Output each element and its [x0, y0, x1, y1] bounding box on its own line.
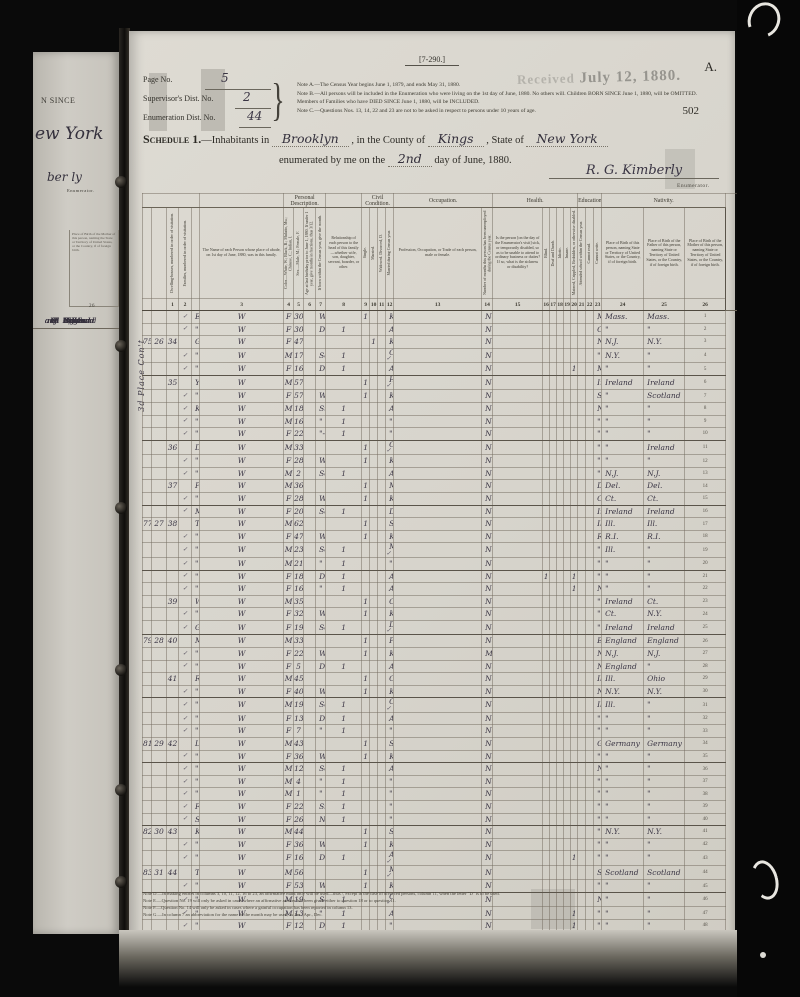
age: 22	[294, 647, 304, 660]
person-name: York Joseph	[192, 375, 200, 390]
family-number: 38	[167, 518, 179, 531]
row-number: 10	[685, 428, 726, 441]
col-color-text: Color.—White, W.; Black, B.; Mulatto, Mu…	[284, 210, 293, 296]
birth-month	[304, 415, 316, 428]
married	[362, 348, 370, 363]
idiotic	[550, 543, 557, 558]
insane	[557, 826, 564, 839]
married: 1	[362, 375, 370, 390]
person-name: " Annie	[192, 493, 200, 506]
widowed	[370, 851, 378, 866]
married	[362, 402, 370, 415]
idiotic	[550, 647, 557, 660]
deaf	[543, 390, 550, 403]
married	[362, 788, 370, 801]
sex: M	[284, 775, 294, 788]
header-notes: Note A.—The Census Year begins June 1, 1…	[297, 81, 717, 116]
single	[326, 530, 362, 543]
insane	[557, 348, 564, 363]
house-number	[143, 402, 152, 415]
relationship: "	[316, 725, 326, 738]
sickness: No	[482, 775, 493, 788]
dwelling-number	[152, 775, 167, 788]
age: 2	[294, 467, 304, 480]
birthplace: Ireland	[594, 375, 602, 390]
mother-birthplace: "	[644, 348, 685, 363]
row-number: 30	[685, 685, 726, 698]
attended-school	[571, 595, 578, 608]
idiotic	[550, 530, 557, 543]
age: 18	[294, 402, 304, 415]
father-birthplace: "	[602, 801, 644, 814]
group-blank-name	[200, 194, 284, 208]
margin-birthplace-value: Ct.	[63, 316, 115, 325]
cannot-read	[578, 738, 586, 751]
maimed	[564, 323, 571, 336]
col-sex: Sex.—Male, M.; Female, F.	[294, 208, 304, 299]
dwelling-number: 31	[152, 865, 167, 880]
person-name: McFadden Kate	[192, 505, 200, 518]
table-row: ✓" Anna J.WF36Wife1Keeping houseNo"""42	[143, 838, 738, 851]
table-row: ✓" John A.WM19Son1Custom House off.✓NoIl…	[143, 698, 738, 713]
idiotic	[550, 402, 557, 415]
family-number	[167, 557, 179, 570]
father-birthplace: "	[602, 363, 644, 376]
note-f: Note F.—Question No. 14 will only be ask…	[143, 905, 718, 912]
row-number: 6	[685, 375, 726, 390]
months-unemployed	[394, 570, 482, 583]
check-mark: ✓	[179, 851, 192, 866]
father-birthplace: "	[602, 557, 644, 570]
col-pob-father-text: Place of Birth of the Father of this per…	[644, 238, 684, 269]
birthplace: "	[594, 595, 602, 608]
blind	[493, 557, 543, 570]
deaf	[543, 838, 550, 851]
idiotic	[550, 838, 557, 851]
col-maimed-text: Maimed, Crippled, Bedridden, or otherwis…	[572, 210, 577, 295]
deaf	[543, 725, 550, 738]
row-number: 26	[685, 635, 726, 648]
widowed	[370, 673, 378, 686]
cannot-write	[586, 363, 594, 376]
row-number: 4	[685, 348, 726, 363]
single	[326, 311, 362, 324]
cannot-read	[578, 336, 586, 349]
cannot-write	[586, 750, 594, 763]
idiotic	[550, 826, 557, 839]
idiotic	[550, 557, 557, 570]
person-name: " Mary E.	[192, 750, 200, 763]
house-number	[143, 620, 152, 635]
row-number: 35	[685, 750, 726, 763]
occupation: Domestic Servt	[386, 505, 394, 518]
idiotic	[550, 763, 557, 776]
family-number	[167, 712, 179, 725]
widowed	[370, 813, 378, 826]
relationship: Wife	[316, 311, 326, 324]
birthplace: N.J.	[594, 647, 602, 660]
num-blank	[152, 299, 167, 311]
idiotic	[550, 750, 557, 763]
dwelling-number	[152, 698, 167, 713]
relationship: "	[316, 788, 326, 801]
married-year	[378, 440, 386, 455]
person-name: " Charlotte E.	[192, 712, 200, 725]
birthplace: "	[594, 557, 602, 570]
cannot-read	[578, 557, 586, 570]
row-number: 8	[685, 402, 726, 415]
insane	[557, 505, 564, 518]
row-number: 5	[685, 363, 726, 376]
cannot-write	[586, 518, 594, 531]
widowed	[370, 775, 378, 788]
idiotic	[550, 440, 557, 455]
father-birthplace: "	[602, 455, 644, 468]
widowed	[370, 698, 378, 713]
single: 1	[326, 428, 362, 441]
widowed	[370, 311, 378, 324]
mother-birthplace: Ct.	[644, 493, 685, 506]
maimed	[564, 712, 571, 725]
house-number	[143, 428, 152, 441]
birthplace: "	[594, 725, 602, 738]
occupation: At home	[386, 323, 394, 336]
birth-month	[304, 698, 316, 713]
blind	[493, 428, 543, 441]
occupation: "	[386, 725, 394, 738]
person-name: " Alberta	[192, 660, 200, 673]
house-number	[143, 775, 152, 788]
color: W	[200, 505, 284, 518]
cannot-write	[586, 838, 594, 851]
dwelling-number	[152, 311, 167, 324]
col-age-text: Age at last birthday prior to June 1, 18…	[305, 210, 314, 296]
occupation: Keeping house	[386, 455, 394, 468]
col-num: 4	[284, 299, 294, 311]
mother-birthplace: "	[644, 801, 685, 814]
age: 16	[294, 851, 304, 866]
sickness: No	[482, 725, 493, 738]
age: 40	[294, 685, 304, 698]
insane	[557, 323, 564, 336]
note-e: Note E.—Question No. 19 will only be ask…	[143, 898, 718, 905]
father-birthplace: England	[602, 660, 644, 673]
col-deaf: Deaf and Dumb.	[550, 208, 557, 299]
blind	[493, 813, 543, 826]
sickness: No	[482, 415, 493, 428]
blind	[493, 712, 543, 725]
person-name: " Harry L.	[192, 788, 200, 801]
cannot-write	[586, 685, 594, 698]
insane	[557, 467, 564, 480]
widowed	[370, 467, 378, 480]
married-year	[378, 763, 386, 776]
house-number	[143, 390, 152, 403]
family-number	[167, 505, 179, 518]
col-married-text: Married.	[371, 246, 376, 260]
sex: M	[284, 480, 294, 493]
birth-month	[304, 505, 316, 518]
occupation-check: ✓	[386, 628, 393, 634]
color: W	[200, 826, 284, 839]
cannot-read	[578, 660, 586, 673]
relationship: Son	[316, 543, 326, 558]
mother-birthplace: "	[644, 788, 685, 801]
color: W	[200, 685, 284, 698]
dwelling-number	[152, 788, 167, 801]
attended-school	[571, 620, 578, 635]
occupation: Clk in Store✓	[386, 348, 394, 363]
cannot-read	[578, 455, 586, 468]
mother-birthplace: "	[644, 813, 685, 826]
father-birthplace: "	[602, 775, 644, 788]
months-unemployed	[394, 620, 482, 635]
check-mark	[179, 673, 192, 686]
birthplace: "	[594, 801, 602, 814]
cannot-write	[586, 725, 594, 738]
person-name: Luckenbach Louis	[192, 738, 200, 751]
married-year	[378, 570, 386, 583]
maimed	[564, 428, 571, 441]
attended-school	[571, 750, 578, 763]
color: W	[200, 530, 284, 543]
occupation: Keeping house	[386, 685, 394, 698]
relationship: Wife	[316, 838, 326, 851]
idiotic	[550, 415, 557, 428]
col-num: 7	[316, 299, 326, 311]
birth-month	[304, 763, 316, 776]
birth-month	[304, 390, 316, 403]
cannot-write	[586, 763, 594, 776]
family-number	[167, 311, 179, 324]
idiotic	[550, 390, 557, 403]
check-mark	[179, 865, 192, 880]
months-unemployed	[394, 336, 482, 349]
sex: M	[284, 543, 294, 558]
person-name: Munkenbeck Thos.	[192, 635, 200, 648]
mother-birthplace: "	[644, 402, 685, 415]
widowed	[370, 738, 378, 751]
cannot-read	[578, 348, 586, 363]
person-name: Thompson John	[192, 518, 200, 531]
dwelling-number	[152, 801, 167, 814]
col-age: Age at last birthday prior to June 1, 18…	[304, 208, 316, 299]
enumeration-value: 44	[247, 109, 262, 123]
color: W	[200, 750, 284, 763]
person-name: " Jane	[192, 851, 200, 866]
single	[326, 635, 362, 648]
cannot-read	[578, 595, 586, 608]
table-row: 772738Thompson JohnWM621Supt of minesNoI…	[143, 518, 738, 531]
col-occupation: Profession, Occupation, or Trade of each…	[394, 208, 482, 299]
birthplace: Ill.	[594, 698, 602, 713]
insane	[557, 428, 564, 441]
single: 1	[326, 570, 362, 583]
check-mark	[179, 635, 192, 648]
stamp-page-number: 502	[683, 105, 700, 117]
age: 16	[294, 415, 304, 428]
cannot-read	[578, 311, 586, 324]
check-mark: ✓	[179, 390, 192, 403]
cannot-write	[586, 826, 594, 839]
row-number: 20	[685, 557, 726, 570]
group-civil: Civil Condition.	[362, 194, 394, 208]
insane	[557, 608, 564, 621]
check-mark	[179, 738, 192, 751]
occupation: At home	[386, 583, 394, 596]
occupation: Keeping house	[386, 336, 394, 349]
check-mark: ✓	[179, 712, 192, 725]
blind	[493, 865, 543, 880]
color: W	[200, 738, 284, 751]
sex: F	[284, 323, 294, 336]
deaf	[543, 375, 550, 390]
group-health: Health.	[493, 194, 578, 208]
county-label: , in the County of	[351, 135, 425, 146]
sex: F	[284, 647, 294, 660]
birth-month	[304, 455, 316, 468]
sickness: No	[482, 390, 493, 403]
married-year	[378, 673, 386, 686]
birthplace: "	[594, 620, 602, 635]
col-idiotic-text: Idiotic.	[558, 247, 563, 258]
maimed	[564, 608, 571, 621]
married-year	[378, 851, 386, 866]
sickness: No	[482, 543, 493, 558]
birthplace: "	[594, 467, 602, 480]
sex: F	[284, 725, 294, 738]
house-number	[143, 685, 152, 698]
mother-birthplace: N.J.	[644, 467, 685, 480]
months-unemployed	[394, 851, 482, 866]
father-birthplace: Ill.	[602, 518, 644, 531]
col-insane-text: Insane.	[565, 247, 570, 258]
col-blind-text: Blind.	[544, 248, 549, 258]
family-number: 44	[167, 865, 179, 880]
married-year	[378, 595, 386, 608]
house-number	[143, 698, 152, 713]
months-unemployed	[394, 440, 482, 455]
color: W	[200, 838, 284, 851]
census-rows: ✓Ely Emma S.WF30Wife1Keeping houseNoMass…	[143, 311, 738, 958]
age: 56	[294, 865, 304, 880]
check-mark: ✓	[179, 763, 192, 776]
age: 43	[294, 738, 304, 751]
attended-school	[571, 775, 578, 788]
check-mark: ✓	[179, 685, 192, 698]
deaf	[543, 595, 550, 608]
table-row: ✓" Edgar F.WM12Son1At homeNoN.Y.""36	[143, 763, 738, 776]
attended-school	[571, 838, 578, 851]
months-unemployed	[394, 647, 482, 660]
enumerated-line: enumerated by me on the 2nd day of June,…	[279, 151, 512, 166]
widowed	[370, 595, 378, 608]
maimed	[564, 336, 571, 349]
months-unemployed	[394, 775, 482, 788]
married: 1	[362, 673, 370, 686]
sickness: No	[482, 620, 493, 635]
father-birthplace: "	[602, 440, 644, 455]
father-birthplace: "	[602, 415, 644, 428]
color: W	[200, 415, 284, 428]
idiotic	[550, 635, 557, 648]
months-unemployed	[394, 865, 482, 880]
state-label: , State of	[486, 135, 524, 146]
col-idiotic: Idiotic.	[557, 208, 564, 299]
maimed	[564, 660, 571, 673]
insane	[557, 838, 564, 851]
cannot-write	[586, 595, 594, 608]
age: 13	[294, 712, 304, 725]
sickness: No	[482, 505, 493, 518]
blind	[493, 415, 543, 428]
blind	[493, 763, 543, 776]
table-row: 35York JosephWM571House builder✓NoIrelan…	[143, 375, 738, 390]
cannot-write	[586, 390, 594, 403]
single: 1	[326, 763, 362, 776]
widowed	[370, 763, 378, 776]
single	[326, 390, 362, 403]
cannot-write	[586, 336, 594, 349]
mother-birthplace: "	[644, 725, 685, 738]
county-value: Kings	[428, 131, 484, 147]
maimed	[564, 348, 571, 363]
cannot-write	[586, 647, 594, 660]
age: 28	[294, 493, 304, 506]
insane	[557, 635, 564, 648]
mother-birthplace: N.Y.	[644, 685, 685, 698]
row-number: 38	[685, 788, 726, 801]
married: 1	[362, 390, 370, 403]
group-occupation: Occupation.	[394, 194, 493, 208]
attended-school	[571, 763, 578, 776]
insane	[557, 750, 564, 763]
months-unemployed	[394, 480, 482, 493]
insane	[557, 595, 564, 608]
widowed	[370, 712, 378, 725]
married	[362, 763, 370, 776]
table-row: ✓" Walter A.WM4"1" "No"""37	[143, 775, 738, 788]
birth-month	[304, 480, 316, 493]
married	[362, 851, 370, 866]
day-value: 2nd	[388, 151, 432, 167]
dwelling-number	[152, 620, 167, 635]
house-number	[143, 348, 152, 363]
age: 17	[294, 348, 304, 363]
relationship: Son	[316, 698, 326, 713]
sex: M	[284, 518, 294, 531]
sickness: No	[482, 608, 493, 621]
house-number	[143, 557, 152, 570]
single	[326, 440, 362, 455]
blind	[493, 375, 543, 390]
col-color: Color.—White, W.; Black, B.; Mulatto, Mu…	[284, 208, 294, 299]
col-num: 6	[304, 299, 316, 311]
single: 1	[326, 543, 362, 558]
birth-month	[304, 838, 316, 851]
dwelling-number: 26	[152, 336, 167, 349]
relationship: Servt	[316, 505, 326, 518]
col-married-year-text: Married during Census year.	[387, 230, 392, 276]
table-row: ✓" Fred P.WM17Son1Clk in Store✓No"N.Y."4	[143, 348, 738, 363]
birth-month	[304, 725, 316, 738]
widowed	[370, 323, 378, 336]
house-number	[143, 725, 152, 738]
age: 35	[294, 595, 304, 608]
family-number: 42	[167, 738, 179, 751]
birth-month	[304, 570, 316, 583]
widowed	[370, 865, 378, 880]
